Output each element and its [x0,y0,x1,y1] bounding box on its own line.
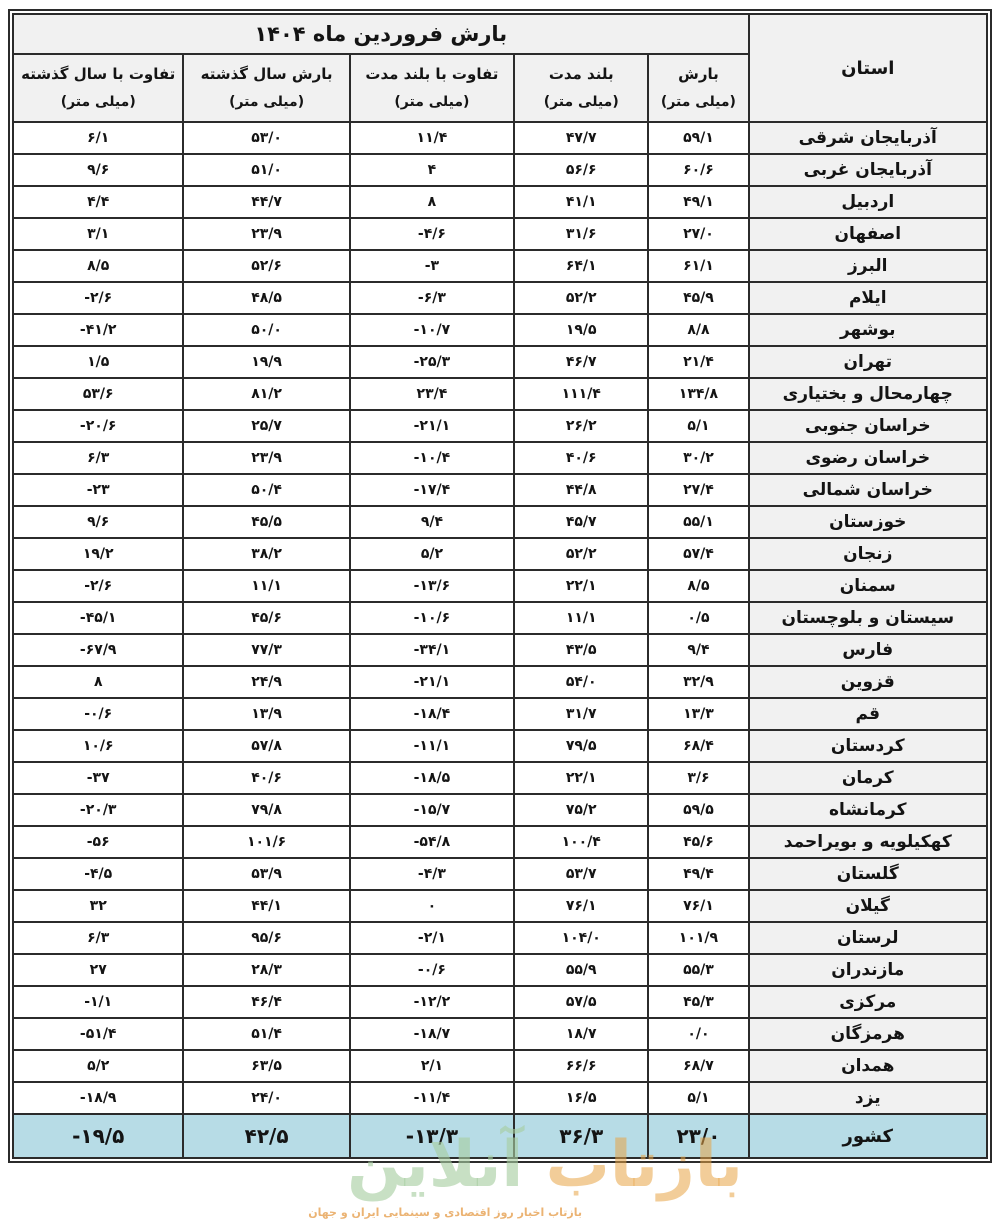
value-diff-longterm: -۱۸/۴ [350,698,514,730]
value-lastyear: ۴۵/۶ [183,602,349,634]
table-row: یزد ۵/۱ ۱۶/۵ -۱۱/۴ ۲۴/۰ -۱۸/۹ [13,1082,987,1114]
province-name: ایلام [749,282,987,314]
value-diff-longterm: -۱۳/۳ [350,1114,514,1158]
value-rainfall: ۷۶/۱ [648,890,748,922]
value-longterm: ۲۲/۱ [514,762,648,794]
value-lastyear: ۴۶/۴ [183,986,349,1018]
table-row: کرمان ۳/۶ ۲۲/۱ -۱۸/۵ ۴۰/۶ -۳۷ [13,762,987,794]
column-label: بلند مدت [519,60,643,89]
table-row: قم ۱۳/۳ ۳۱/۷ -۱۸/۴ ۱۳/۹ -۰/۶ [13,698,987,730]
value-lastyear: ۱۹/۹ [183,346,349,378]
value-diff-longterm: -۱۰/۷ [350,314,514,346]
province-name: لرستان [749,922,987,954]
value-rainfall: ۲۷/۴ [648,474,748,506]
value-rainfall: ۳۲/۹ [648,666,748,698]
rainfall-table-container: استان بارش فروردین ماه ۱۴۰۴ بارش (میلی م… [8,9,992,1163]
province-name: سیستان و بلوچستان [749,602,987,634]
province-name: بوشهر [749,314,987,346]
value-diff-lastyear: ۵۳/۶ [13,378,183,410]
value-lastyear: ۴۰/۶ [183,762,349,794]
value-longterm: ۶۴/۱ [514,250,648,282]
province-name: کهکیلویه و بویراحمد [749,826,987,858]
value-rainfall: ۵۹/۵ [648,794,748,826]
value-diff-longterm: ۹/۴ [350,506,514,538]
value-diff-longterm: -۳۴/۱ [350,634,514,666]
column-unit: (میلی متر) [188,89,344,116]
table-row: کرمانشاه ۵۹/۵ ۷۵/۲ -۱۵/۷ ۷۹/۸ -۲۰/۳ [13,794,987,826]
province-name: گلستان [749,858,987,890]
value-longterm: ۵۷/۵ [514,986,648,1018]
value-lastyear: ۵۰/۰ [183,314,349,346]
column-label: بارش [653,60,743,89]
value-diff-lastyear: -۴۱/۲ [13,314,183,346]
value-longterm: ۱۶/۵ [514,1082,648,1114]
value-diff-lastyear: ۸ [13,666,183,698]
value-longterm: ۴۵/۷ [514,506,648,538]
value-lastyear: ۱۳/۹ [183,698,349,730]
value-diff-longterm: ۴ [350,154,514,186]
value-rainfall: ۶۰/۶ [648,154,748,186]
value-diff-longterm: -۱۸/۵ [350,762,514,794]
value-diff-lastyear: ۳۲ [13,890,183,922]
value-diff-lastyear: ۱۰/۶ [13,730,183,762]
value-longterm: ۴۴/۸ [514,474,648,506]
province-name: خراسان جنوبی [749,410,987,442]
value-rainfall: ۲۱/۴ [648,346,748,378]
value-rainfall: ۶۸/۴ [648,730,748,762]
value-diff-lastyear: -۰/۶ [13,698,183,730]
value-diff-lastyear: -۲۳ [13,474,183,506]
value-diff-longterm: -۶/۳ [350,282,514,314]
table-row: قزوین ۳۲/۹ ۵۴/۰ -۲۱/۱ ۲۴/۹ ۸ [13,666,987,698]
value-lastyear: ۲۸/۳ [183,954,349,986]
value-longterm: ۱۹/۵ [514,314,648,346]
column-header-lastyear: بارش سال گذشته (میلی متر) [183,54,349,122]
value-rainfall: ۵۵/۳ [648,954,748,986]
value-diff-lastyear: -۲/۶ [13,570,183,602]
value-diff-lastyear: ۸/۵ [13,250,183,282]
column-unit: (میلی متر) [18,89,178,116]
value-longterm: ۳۶/۳ [514,1114,648,1158]
table-row: تهران ۲۱/۴ ۴۶/۷ -۲۵/۳ ۱۹/۹ ۱/۵ [13,346,987,378]
value-lastyear: ۴۵/۵ [183,506,349,538]
value-lastyear: ۴۸/۵ [183,282,349,314]
table-row: گلستان ۴۹/۴ ۵۳/۷ -۴/۳ ۵۳/۹ -۴/۵ [13,858,987,890]
province-name: تهران [749,346,987,378]
value-longterm: ۵۲/۲ [514,538,648,570]
province-name: مرکزی [749,986,987,1018]
province-name: البرز [749,250,987,282]
value-rainfall: ۵/۱ [648,410,748,442]
value-diff-lastyear: ۳/۱ [13,218,183,250]
value-lastyear: ۴۴/۱ [183,890,349,922]
province-name: مازندران [749,954,987,986]
value-longterm: ۶۶/۶ [514,1050,648,1082]
value-diff-lastyear: ۶/۳ [13,442,183,474]
value-lastyear: ۵۱/۰ [183,154,349,186]
value-diff-lastyear: -۲۰/۶ [13,410,183,442]
province-name: آذربایجان شرقی [749,122,987,154]
value-lastyear: ۲۳/۹ [183,442,349,474]
value-diff-lastyear: ۱/۵ [13,346,183,378]
value-diff-longterm: -۲۱/۱ [350,666,514,698]
value-lastyear: ۵۳/۰ [183,122,349,154]
value-lastyear: ۱۰۱/۶ [183,826,349,858]
value-rainfall: ۱۰۱/۹ [648,922,748,954]
table-row: ایلام ۴۵/۹ ۵۲/۲ -۶/۳ ۴۸/۵ -۲/۶ [13,282,987,314]
value-lastyear: ۵۱/۴ [183,1018,349,1050]
table-row: هرمزگان ۰/۰ ۱۸/۷ -۱۸/۷ ۵۱/۴ -۵۱/۴ [13,1018,987,1050]
table-row: البرز ۶۱/۱ ۶۴/۱ -۳ ۵۲/۶ ۸/۵ [13,250,987,282]
column-label: تفاوت با سال گذشته [18,60,178,89]
value-rainfall: ۰/۵ [648,602,748,634]
value-rainfall: ۴۵/۹ [648,282,748,314]
value-longterm: ۵۶/۶ [514,154,648,186]
value-longterm: ۴۶/۷ [514,346,648,378]
value-rainfall: ۶۱/۱ [648,250,748,282]
value-diff-lastyear: -۲/۶ [13,282,183,314]
value-diff-longterm: -۴/۳ [350,858,514,890]
value-diff-longterm: ۸ [350,186,514,218]
table-row: کردستان ۶۸/۴ ۷۹/۵ -۱۱/۱ ۵۷/۸ ۱۰/۶ [13,730,987,762]
column-header-diff-longterm: تفاوت با بلند مدت (میلی متر) [350,54,514,122]
value-rainfall: ۵۵/۱ [648,506,748,538]
column-header-diff-lastyear: تفاوت با سال گذشته (میلی متر) [13,54,183,122]
value-diff-longterm: -۱۰/۶ [350,602,514,634]
table-row: خوزستان ۵۵/۱ ۴۵/۷ ۹/۴ ۴۵/۵ ۹/۶ [13,506,987,538]
table-row: فارس ۹/۴ ۴۳/۵ -۳۴/۱ ۷۷/۳ -۶۷/۹ [13,634,987,666]
value-diff-lastyear: ۶/۱ [13,122,183,154]
province-name: اصفهان [749,218,987,250]
table-row: سیستان و بلوچستان ۰/۵ ۱۱/۱ -۱۰/۶ ۴۵/۶ -۴… [13,602,987,634]
column-label: تفاوت با بلند مدت [355,60,509,89]
value-diff-longterm: -۱۳/۶ [350,570,514,602]
table-row: اصفهان ۲۷/۰ ۳۱/۶ -۴/۶ ۲۳/۹ ۳/۱ [13,218,987,250]
value-rainfall: ۸/۵ [648,570,748,602]
value-diff-lastyear: -۴/۵ [13,858,183,890]
value-diff-longterm: -۱۷/۴ [350,474,514,506]
value-diff-lastyear: ۵/۲ [13,1050,183,1082]
province-name: هرمزگان [749,1018,987,1050]
table-title: بارش فروردین ماه ۱۴۰۴ [13,14,749,54]
value-rainfall: ۴۵/۳ [648,986,748,1018]
table-row: مازندران ۵۵/۳ ۵۵/۹ -۰/۶ ۲۸/۳ ۲۷ [13,954,987,986]
value-lastyear: ۲۴/۹ [183,666,349,698]
value-longterm: ۵۵/۹ [514,954,648,986]
province-name: زنجان [749,538,987,570]
column-header-rainfall: بارش (میلی متر) [648,54,748,122]
province-name: سمنان [749,570,987,602]
value-diff-lastyear: -۱۹/۵ [13,1114,183,1158]
column-header-longterm: بلند مدت (میلی متر) [514,54,648,122]
province-name: کرمان [749,762,987,794]
table-row: خراسان رضوی ۳۰/۲ ۴۰/۶ -۱۰/۴ ۲۳/۹ ۶/۳ [13,442,987,474]
province-name: اردبیل [749,186,987,218]
table-body: آذربایجان شرقی ۵۹/۱ ۴۷/۷ ۱۱/۴ ۵۳/۰ ۶/۱ آ… [13,122,987,1158]
table-row: کهکیلویه و بویراحمد ۴۵/۶ ۱۰۰/۴ -۵۴/۸ ۱۰۱… [13,826,987,858]
value-longterm: ۱۰۰/۴ [514,826,648,858]
value-longterm: ۴۰/۶ [514,442,648,474]
value-diff-lastyear: ۱۹/۲ [13,538,183,570]
value-rainfall: ۰/۰ [648,1018,748,1050]
value-diff-lastyear: ۹/۶ [13,506,183,538]
value-lastyear: ۷۷/۳ [183,634,349,666]
table-row-country-total: کشور ۲۳/۰ ۳۶/۳ -۱۳/۳ ۴۲/۵ -۱۹/۵ [13,1114,987,1158]
value-lastyear: ۴۲/۵ [183,1114,349,1158]
value-longterm: ۲۶/۲ [514,410,648,442]
value-lastyear: ۶۳/۵ [183,1050,349,1082]
value-diff-longterm: ۵/۲ [350,538,514,570]
value-diff-lastyear: -۲۰/۳ [13,794,183,826]
value-rainfall: ۴۹/۴ [648,858,748,890]
value-lastyear: ۵۲/۶ [183,250,349,282]
table-row: آذربایجان شرقی ۵۹/۱ ۴۷/۷ ۱۱/۴ ۵۳/۰ ۶/۱ [13,122,987,154]
value-rainfall: ۵۷/۴ [648,538,748,570]
value-lastyear: ۵۷/۸ [183,730,349,762]
value-diff-longterm: ۲۳/۴ [350,378,514,410]
table-row: لرستان ۱۰۱/۹ ۱۰۴/۰ -۲/۱ ۹۵/۶ ۶/۳ [13,922,987,954]
value-longterm: ۴۷/۷ [514,122,648,154]
column-unit: (میلی متر) [653,89,743,116]
province-name: قم [749,698,987,730]
table-row: همدان ۶۸/۷ ۶۶/۶ ۲/۱ ۶۳/۵ ۵/۲ [13,1050,987,1082]
value-longterm: ۱۸/۷ [514,1018,648,1050]
value-longterm: ۳۱/۷ [514,698,648,730]
table-row: آذربایجان غربی ۶۰/۶ ۵۶/۶ ۴ ۵۱/۰ ۹/۶ [13,154,987,186]
value-lastyear: ۱۱/۱ [183,570,349,602]
value-longterm: ۳۱/۶ [514,218,648,250]
province-name: یزد [749,1082,987,1114]
value-diff-longterm: -۲۵/۳ [350,346,514,378]
value-diff-longterm: ۰ [350,890,514,922]
value-rainfall: ۹/۴ [648,634,748,666]
value-lastyear: ۷۹/۸ [183,794,349,826]
province-name: کشور [749,1114,987,1158]
value-diff-longterm: -۲۱/۱ [350,410,514,442]
value-diff-longterm: -۱۲/۲ [350,986,514,1018]
value-lastyear: ۲۴/۰ [183,1082,349,1114]
value-diff-lastyear: -۱/۱ [13,986,183,1018]
value-longterm: ۵۳/۷ [514,858,648,890]
table-row: خراسان شمالی ۲۷/۴ ۴۴/۸ -۱۷/۴ ۵۰/۴ -۲۳ [13,474,987,506]
value-diff-longterm: -۴/۶ [350,218,514,250]
value-diff-longterm: -۱۱/۴ [350,1082,514,1114]
value-rainfall: ۴۹/۱ [648,186,748,218]
value-rainfall: ۳۰/۲ [648,442,748,474]
value-diff-longterm: ۱۱/۴ [350,122,514,154]
value-diff-longterm: -۵۴/۸ [350,826,514,858]
value-diff-longterm: -۱۱/۱ [350,730,514,762]
value-diff-longterm: -۱۵/۷ [350,794,514,826]
value-diff-lastyear: -۳۷ [13,762,183,794]
province-name: همدان [749,1050,987,1082]
value-diff-lastyear: -۴۵/۱ [13,602,183,634]
table-row: گیلان ۷۶/۱ ۷۶/۱ ۰ ۴۴/۱ ۳۲ [13,890,987,922]
value-diff-lastyear: ۶/۳ [13,922,183,954]
value-diff-lastyear: -۵۶ [13,826,183,858]
value-longterm: ۵۴/۰ [514,666,648,698]
province-name: خراسان رضوی [749,442,987,474]
table-row: چهارمحال و بختیاری ۱۳۴/۸ ۱۱۱/۴ ۲۳/۴ ۸۱/۲… [13,378,987,410]
province-name: خوزستان [749,506,987,538]
value-diff-lastyear: ۴/۴ [13,186,183,218]
value-longterm: ۷۶/۱ [514,890,648,922]
province-name: کردستان [749,730,987,762]
watermark-tagline: بازتاب اخبار روز اقتصادی و سینمایی ایران… [332,1206,582,1219]
province-name: چهارمحال و بختیاری [749,378,987,410]
value-lastyear: ۵۰/۴ [183,474,349,506]
value-longterm: ۴۳/۵ [514,634,648,666]
value-longterm: ۲۲/۱ [514,570,648,602]
value-lastyear: ۲۵/۷ [183,410,349,442]
value-rainfall: ۲۳/۰ [648,1114,748,1158]
title-row: استان بارش فروردین ماه ۱۴۰۴ [13,14,987,54]
column-unit: (میلی متر) [355,89,509,116]
value-diff-lastyear: ۹/۶ [13,154,183,186]
value-rainfall: ۸/۸ [648,314,748,346]
value-diff-longterm: -۰/۶ [350,954,514,986]
value-longterm: ۱۱/۱ [514,602,648,634]
value-diff-longterm: -۳ [350,250,514,282]
value-rainfall: ۱۳/۳ [648,698,748,730]
value-longterm: ۵۲/۲ [514,282,648,314]
value-lastyear: ۵۳/۹ [183,858,349,890]
rainfall-table: استان بارش فروردین ماه ۱۴۰۴ بارش (میلی م… [12,13,988,1159]
value-diff-longterm: -۱۰/۴ [350,442,514,474]
table-row: سمنان ۸/۵ ۲۲/۱ -۱۳/۶ ۱۱/۱ -۲/۶ [13,570,987,602]
value-lastyear: ۲۳/۹ [183,218,349,250]
value-rainfall: ۵۹/۱ [648,122,748,154]
value-diff-longterm: -۲/۱ [350,922,514,954]
province-name: خراسان شمالی [749,474,987,506]
value-rainfall: ۵/۱ [648,1082,748,1114]
table-row: بوشهر ۸/۸ ۱۹/۵ -۱۰/۷ ۵۰/۰ -۴۱/۲ [13,314,987,346]
table-row: مرکزی ۴۵/۳ ۵۷/۵ -۱۲/۲ ۴۶/۴ -۱/۱ [13,986,987,1018]
table-row: زنجان ۵۷/۴ ۵۲/۲ ۵/۲ ۳۸/۲ ۱۹/۲ [13,538,987,570]
value-rainfall: ۴۵/۶ [648,826,748,858]
value-rainfall: ۶۸/۷ [648,1050,748,1082]
value-lastyear: ۸۱/۲ [183,378,349,410]
value-longterm: ۷۹/۵ [514,730,648,762]
column-label: بارش سال گذشته [188,60,344,89]
table-row: خراسان جنوبی ۵/۱ ۲۶/۲ -۲۱/۱ ۲۵/۷ -۲۰/۶ [13,410,987,442]
column-unit: (میلی متر) [519,89,643,116]
province-name: کرمانشاه [749,794,987,826]
value-lastyear: ۹۵/۶ [183,922,349,954]
value-diff-longterm: -۱۸/۷ [350,1018,514,1050]
value-rainfall: ۳/۶ [648,762,748,794]
table-row: اردبیل ۴۹/۱ ۴۱/۱ ۸ ۴۴/۷ ۴/۴ [13,186,987,218]
province-name: فارس [749,634,987,666]
province-name: گیلان [749,890,987,922]
value-diff-lastyear: -۱۸/۹ [13,1082,183,1114]
value-longterm: ۷۵/۲ [514,794,648,826]
value-longterm: ۱۰۴/۰ [514,922,648,954]
value-longterm: ۱۱۱/۴ [514,378,648,410]
value-diff-lastyear: -۶۷/۹ [13,634,183,666]
value-diff-lastyear: ۲۷ [13,954,183,986]
value-diff-longterm: ۲/۱ [350,1050,514,1082]
province-name: آذربایجان غربی [749,154,987,186]
value-lastyear: ۴۴/۷ [183,186,349,218]
value-diff-lastyear: -۵۱/۴ [13,1018,183,1050]
value-rainfall: ۲۷/۰ [648,218,748,250]
value-rainfall: ۱۳۴/۸ [648,378,748,410]
province-name: قزوین [749,666,987,698]
value-lastyear: ۳۸/۲ [183,538,349,570]
value-longterm: ۴۱/۱ [514,186,648,218]
column-header-province: استان [749,14,987,122]
